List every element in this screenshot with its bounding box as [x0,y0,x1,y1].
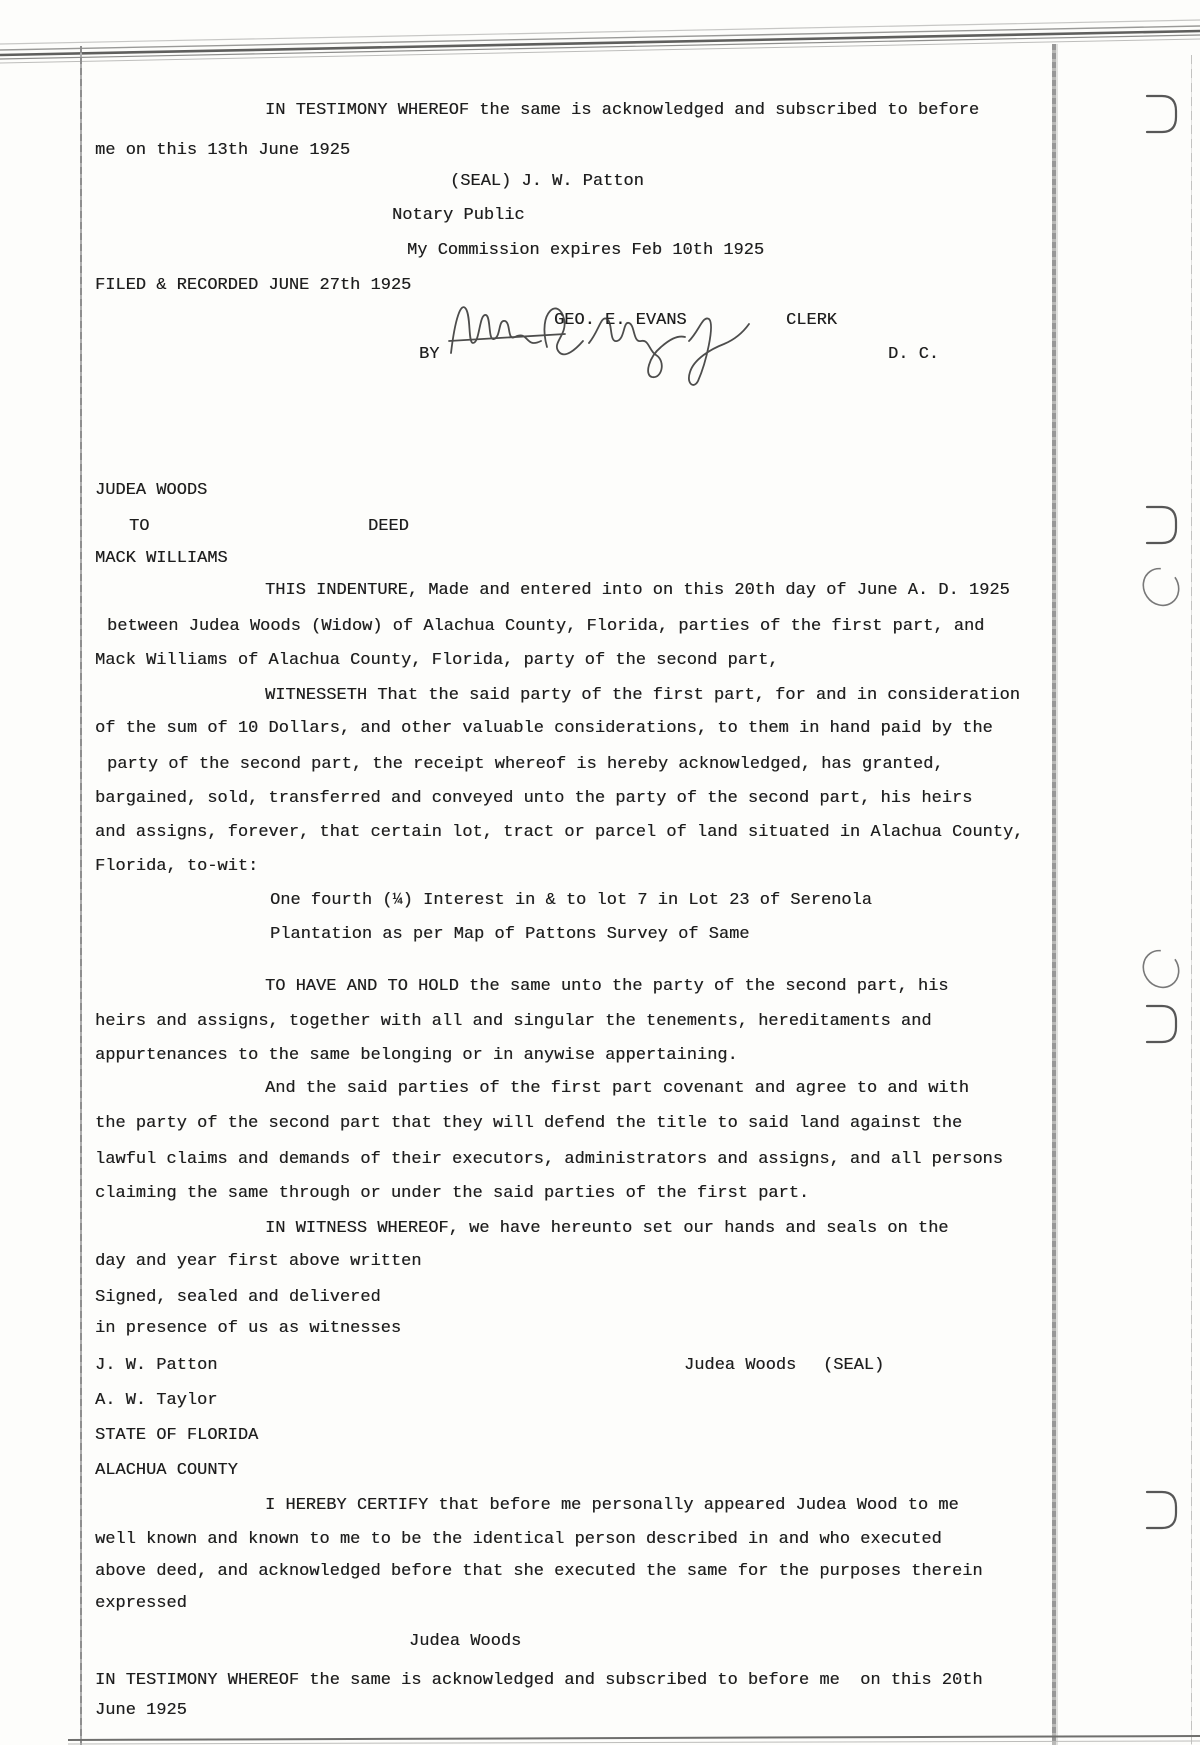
document-line: Florida, to-wit: [95,857,258,877]
right-margin-rule [1052,44,1056,1745]
document-line: ALACHUA COUNTY [95,1461,238,1481]
punch-bracket-mark [1144,1002,1180,1046]
scan-edge-lines [0,0,1200,80]
document-line: CLERK [786,311,837,331]
document-line: JUDEA WOODS [95,481,207,501]
document-line: lawful claims and demands of their execu… [95,1150,1003,1170]
document-line: DEED [368,517,409,537]
document-line: me on this 13th June 1925 [95,141,350,161]
document-line: J. W. Patton [95,1356,217,1376]
document-line: in presence of us as witnesses [95,1319,401,1339]
document-line: appurtenances to the same belonging or i… [95,1046,738,1066]
document-line: IN TESTIMONY WHEREOF the same is acknowl… [95,1671,983,1691]
document-line: heirs and assigns, together with all and… [95,1012,932,1032]
document-line: Notary Public [392,206,525,226]
document-line: Mack Williams of Alachua County, Florida… [95,651,779,671]
punch-oval-mark [1141,564,1181,610]
document-line: Judea Woods [409,1632,521,1652]
clerk-signature-scribble [443,289,773,391]
document-line: One fourth (¼) Interest in & to lot 7 in… [270,891,872,911]
document-line: above deed, and acknowledged before that… [95,1562,983,1582]
document-line: TO [129,517,149,537]
document-line: Signed, sealed and delivered [95,1288,381,1308]
bottom-edge-line [0,1733,1200,1745]
document-line: MACK WILLIAMS [95,549,228,569]
document-line: STATE OF FLORIDA [95,1426,258,1446]
document-line: party of the second part, the receipt wh… [107,755,944,775]
punch-bracket-mark [1144,92,1180,136]
document-line: A. W. Taylor [95,1391,217,1411]
document-line: (SEAL) [823,1356,884,1376]
left-margin-rule [80,46,82,1745]
document-line: day and year first above written [95,1252,421,1272]
document-line: IN WITNESS WHEREOF, we have hereunto set… [265,1219,949,1239]
document-line: Judea Woods [684,1356,796,1376]
document-line: June 1925 [95,1701,187,1721]
document-line: Plantation as per Map of Pattons Survey … [270,925,749,945]
document-line: I HEREBY CERTIFY that before me personal… [265,1496,959,1516]
document-line: And the said parties of the first part c… [265,1079,969,1099]
document-line: well known and known to me to be the ide… [95,1530,942,1550]
document-line: (SEAL) J. W. Patton [450,172,644,192]
page-edge-line [1191,55,1192,1745]
document-line: THIS INDENTURE, Made and entered into on… [265,581,1010,601]
document-line: My Commission expires Feb 10th 1925 [407,241,764,261]
document-line: the party of the second part that they w… [95,1114,962,1134]
document-line: FILED & RECORDED JUNE 27th 1925 [95,276,411,296]
document-line: of the sum of 10 Dollars, and other valu… [95,719,993,739]
document-line: bargained, sold, transferred and conveye… [95,789,972,809]
document-line: expressed [95,1594,187,1614]
document-line: claiming the same through or under the s… [95,1184,809,1204]
punch-bracket-mark [1144,503,1180,547]
document-line: WITNESSETH That the said party of the fi… [265,686,1020,706]
document-line: TO HAVE AND TO HOLD the same unto the pa… [265,977,949,997]
document-line: BY [419,345,439,365]
document-line: D. C. [888,345,939,365]
document-line: IN TESTIMONY WHEREOF the same is acknowl… [265,101,979,121]
punch-oval-mark [1141,946,1181,992]
scanned-deed-page: IN TESTIMONY WHEREOF the same is acknowl… [0,0,1200,1745]
document-line: and assigns, forever, that certain lot, … [95,823,1023,843]
document-line: between Judea Woods (Widow) of Alachua C… [107,617,984,637]
punch-bracket-mark [1144,1488,1180,1532]
